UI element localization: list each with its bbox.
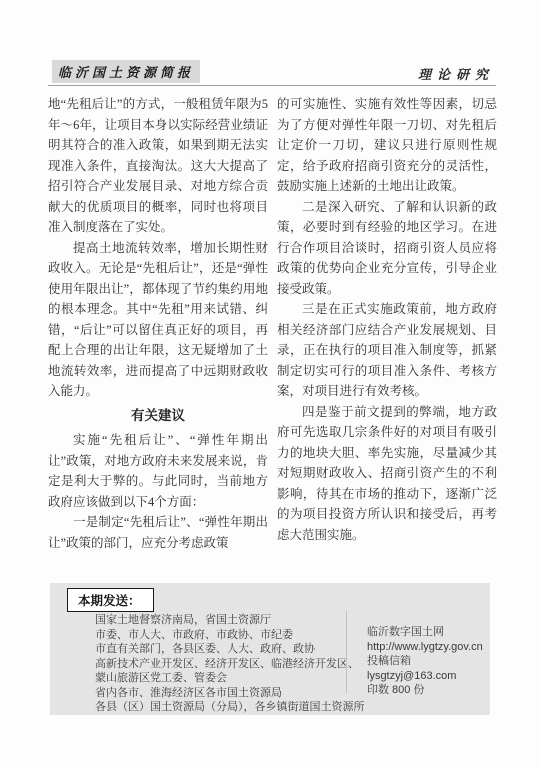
header-rule (48, 85, 496, 86)
distribution-panel: 本期发送： 国家土地督察济南局，省国土资源厅 市委、市人大、市政府、市政协、市纪… (50, 583, 490, 715)
right-column: 的可实施性、实施有效性等因素，切忌为了方便对弹性年限一刀切、对先租后让定价一刀切… (277, 94, 497, 553)
email-address: lysgtzyj@163.com (367, 669, 485, 684)
recipient-item: 各县（区）国土资源局（分局），各乡镇街道国土资源所 (95, 700, 345, 715)
paragraph: 二是深入研究、了解和认识新的政策，必要时到有经验的地区学习。在进行合作项目洽谈时… (277, 197, 497, 300)
contact-info: 临沂数字国土网 http://www.lygtzy.gov.cn 投稿信箱 ly… (367, 625, 485, 698)
recipient-item: 省内各市、淮海经济区各市国土资源局 (95, 686, 345, 701)
masthead-title: 临沂国土资源简报 (58, 62, 194, 81)
section-label: 理论研究 (418, 64, 494, 83)
recipient-item: 国家土地督察济南局，省国土资源厅 (95, 613, 345, 628)
article-body: 地“先租后让”的方式，一般租赁年限为5年～6年，让项目本身以实际经营业绩证明其符… (48, 94, 497, 553)
masthead-banner: 临沂国土资源简报 (52, 60, 200, 83)
paragraph: 的可实施性、实施有效性等因素，切忌为了方便对弹性年限一刀切、对先租后让定价一刀切… (277, 94, 497, 197)
paragraph: 一是制定“先租后让”、“弹性年期出让”政策的部门，应充分考虑政策 (48, 512, 268, 553)
recommendations-heading: 有关建议 (48, 406, 268, 427)
paragraph: 实施“先租后让”、“弹性年期出让”政策，对地方政府未来发展来说，肯定是利大于弊的… (48, 430, 268, 512)
bulletin-page: 临沂国土资源简报 理论研究 地“先租后让”的方式，一般租赁年限为5年～6年，让项… (0, 0, 542, 768)
paragraph: 三是在正式实施政策前，地方政府相关经济部门应结合产业发展规划、目录，正在执行的项… (277, 299, 497, 402)
print-run: 印数 800 份 (367, 683, 485, 698)
recipient-item: 蒙山旅游区党工委、管委会 (95, 671, 345, 686)
left-column: 地“先租后让”的方式，一般租赁年限为5年～6年，让项目本身以实际经营业绩证明其符… (48, 94, 268, 553)
website-url: http://www.lygtzy.gov.cn (367, 640, 485, 655)
mailbox-label: 投稿信箱 (367, 654, 485, 669)
recipients-list: 国家土地督察济南局，省国土资源厅 市委、市人大、市政府、市政协、市纪委 市直有关… (95, 613, 345, 715)
recipient-item: 市直有关部门，各县区委、人大、政府、政协 (95, 642, 345, 657)
footer-vertical-divider (346, 611, 347, 693)
website-name: 临沂数字国土网 (367, 625, 485, 640)
recipient-item: 市委、市人大、市政府、市政协、市纪委 (95, 628, 345, 643)
recipient-item: 高新技术产业开发区、经济开发区、临港经济开发区、 (95, 657, 345, 672)
paragraph: 地“先租后让”的方式，一般租赁年限为5年～6年，让项目本身以实际经营业绩证明其符… (48, 94, 268, 238)
send-label-box: 本期发送： (67, 588, 154, 612)
paragraph: 提高土地流转效率，增加长期性财政收入。无论是“先租后让”，还是“弹性使用年限出让… (48, 238, 268, 402)
paragraph: 四是鉴于前文提到的弊端，地方政府可先选取几宗条件好的对项目有吸引力的地块大胆、率… (277, 402, 497, 546)
